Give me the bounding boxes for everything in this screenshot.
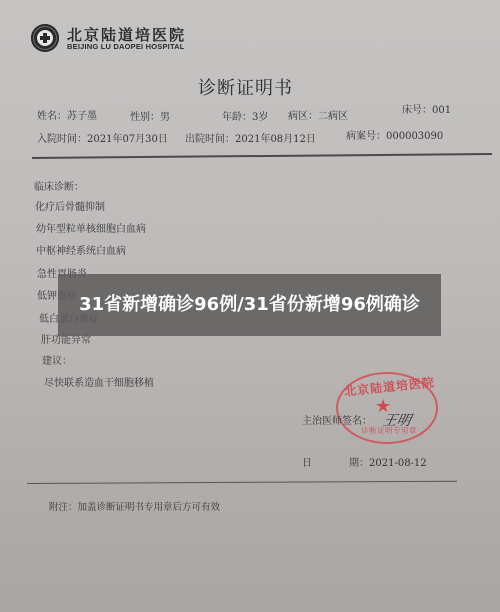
discharge-date: 出院时间：2021年08月12日	[185, 130, 316, 145]
diagnosis-item: 化疗后骨髓抑制	[35, 198, 105, 213]
diagnosis-label: 临床诊断：	[34, 178, 84, 193]
document-title: 诊断证明书	[198, 74, 293, 100]
footer-divider	[27, 481, 457, 484]
date-label: 日	[302, 454, 312, 469]
patient-ward: 病区：二病区	[288, 107, 348, 122]
case-number: 病案号：000003090	[346, 127, 443, 142]
footnote: 附注：加盖诊断证明书专用章后方可有效	[49, 499, 220, 513]
doctor-signature: 王明	[381, 410, 413, 430]
issue-date: 期：2021-08-12	[349, 454, 427, 469]
divider	[32, 153, 492, 159]
hospital-logo-icon	[31, 24, 59, 52]
patient-gender: 性别：男	[130, 108, 170, 123]
advice-label: 建议：	[42, 352, 72, 367]
doctor-signature-label: 主治医师签名：	[302, 412, 372, 427]
advice-text: 尽快联系造血干细胞移植	[44, 374, 154, 389]
caption-overlay: 31省新增确诊96例/31省份新增96例确诊	[58, 274, 441, 336]
patient-bed: 床号：001	[402, 101, 451, 116]
patient-name: 姓名：苏子墨	[37, 107, 97, 122]
diagnosis-item: 幼年型粒单核细胞白血病	[36, 220, 146, 235]
admission-date: 入院时间：2021年07月30日	[37, 130, 168, 145]
cross-icon	[37, 30, 53, 46]
diagnosis-item: 中枢神经系统白血病	[36, 242, 126, 257]
hospital-name-en: BEIJING LU DAOPEI HOSPITAL	[67, 42, 185, 51]
patient-age: 年龄：3岁	[222, 108, 268, 123]
caption-text: 31省新增确诊96例/31省份新增96例确诊	[70, 293, 430, 317]
